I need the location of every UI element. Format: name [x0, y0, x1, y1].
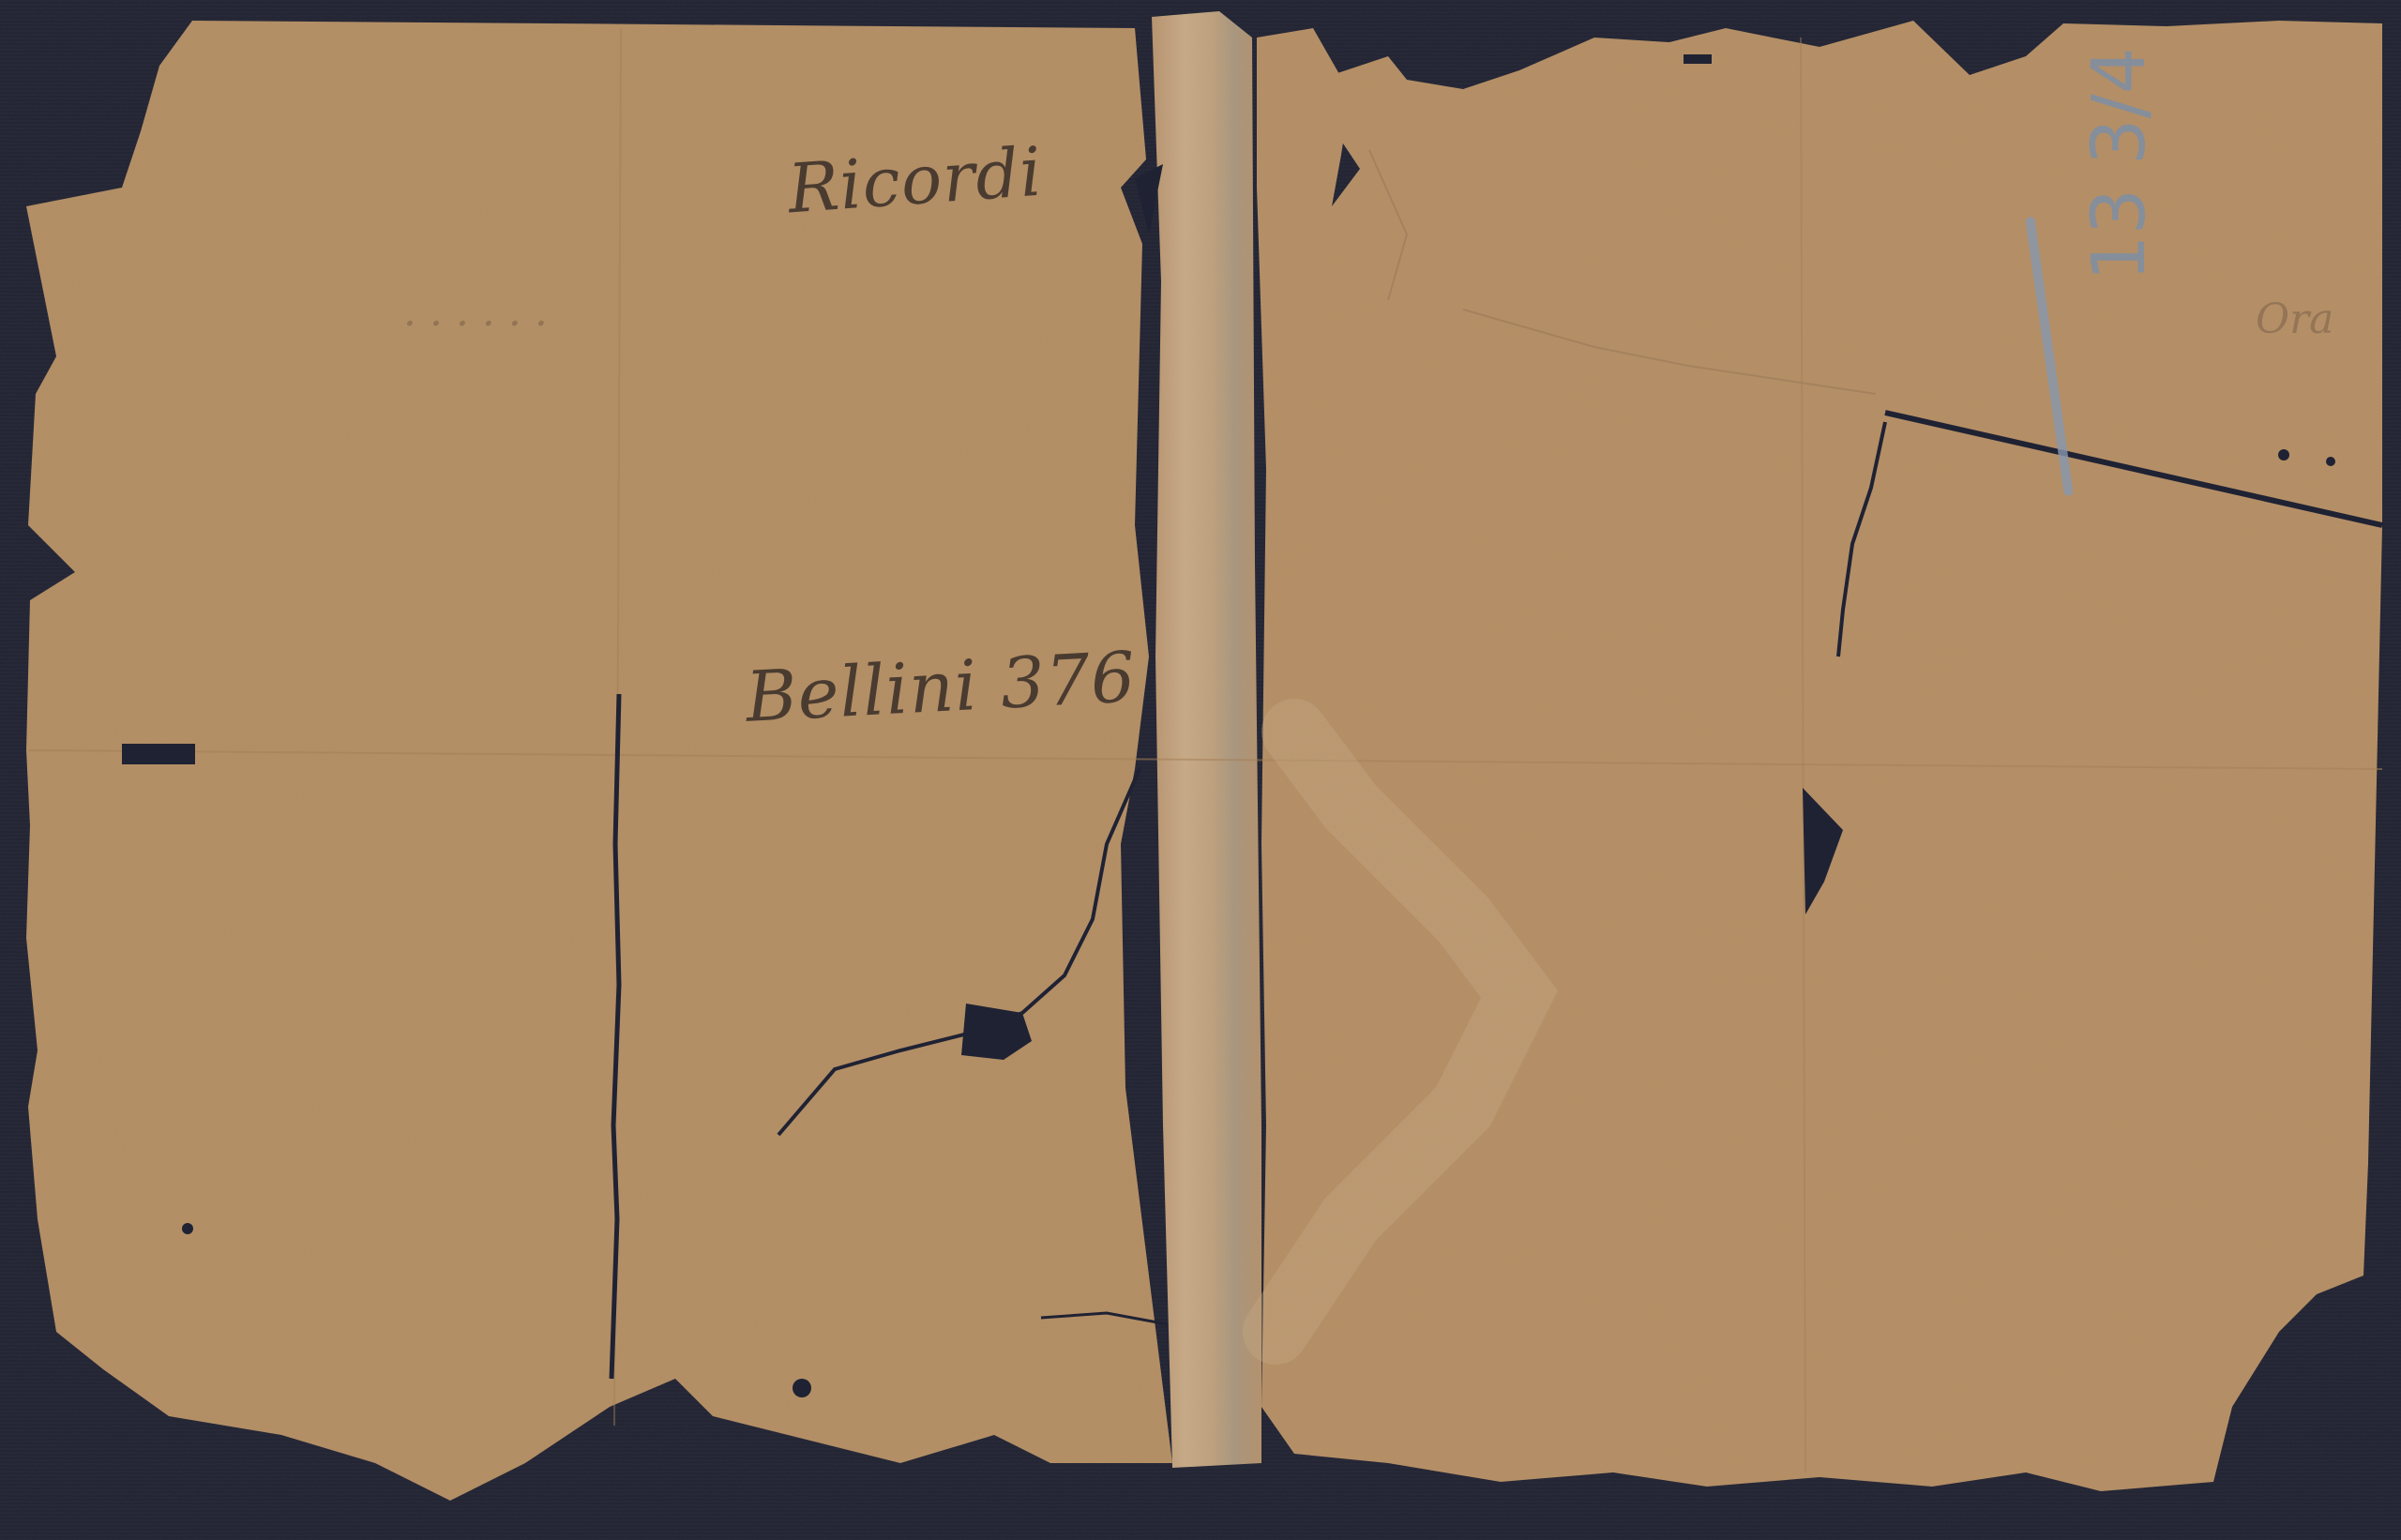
- hole-small-3: [2278, 449, 2289, 460]
- hole-top-right: [1684, 54, 1712, 64]
- paper-sheet: Ricordi Bellini 376 13 3/4 · · · · · · O…: [0, 0, 2401, 1540]
- faint-bleedthrough-left: · · · · · ·: [403, 300, 548, 348]
- paper-texture: [0, 0, 2401, 1540]
- hole-small-4: [2326, 457, 2335, 466]
- hole-left-fold: [122, 744, 195, 764]
- hole-small-1: [793, 1379, 811, 1397]
- faint-bleedthrough-right: Ora: [2256, 295, 2333, 343]
- paper-shape: [0, 0, 2401, 1540]
- hole-small-2: [182, 1223, 193, 1234]
- blue-pencil-note: 13 3/4: [2077, 47, 2162, 281]
